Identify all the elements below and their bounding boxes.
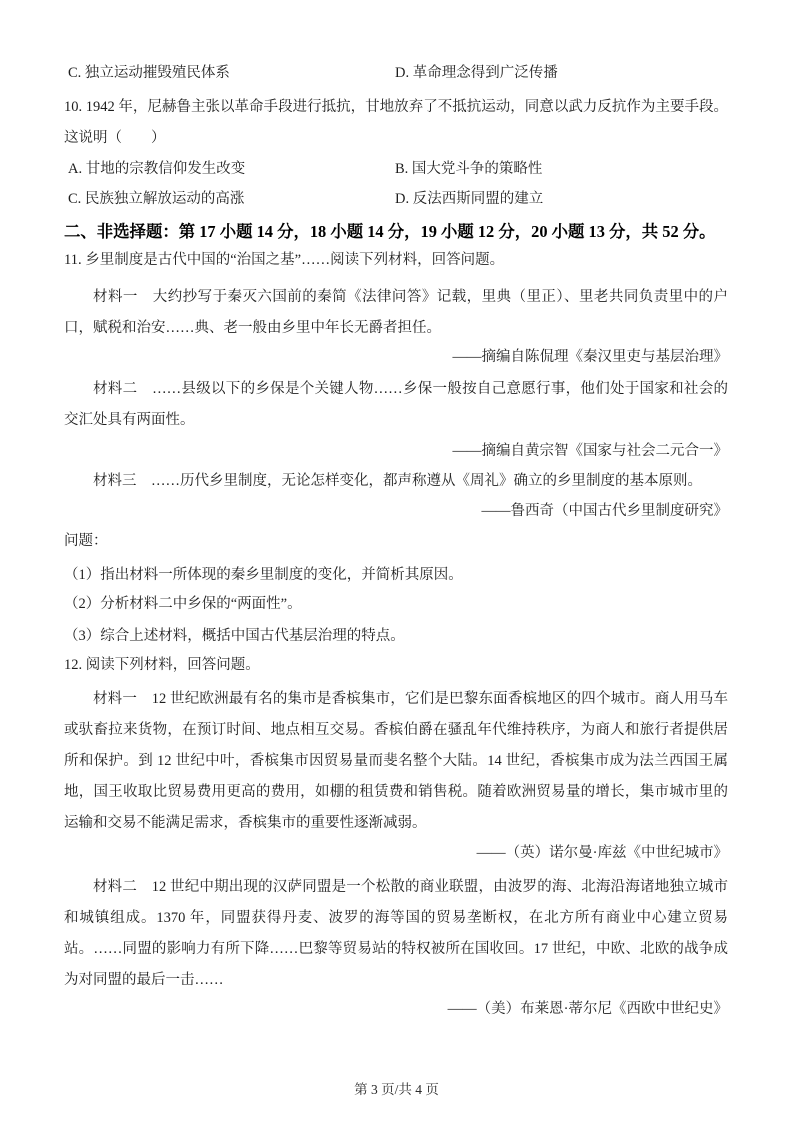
question-12-intro: 12. 阅读下列材料，回答问题。: [64, 650, 728, 681]
question-10-options-cd: C. 民族独立解放运动的高涨 D. 反法西斯同盟的建立: [64, 184, 728, 215]
question-10-option-b: B. 国大党斗争的策略性: [395, 154, 728, 185]
question-11-material-2-text: 材料二 ……县级以下的乡保是个关键人物……乡保一般按自己意愿行事，他们处于国家和…: [64, 374, 728, 436]
question-11-sub-question-1: （1）指出材料一所体现的秦乡里制度的变化，并简析其原因。: [64, 560, 728, 591]
question-11-intro: 11. 乡里制度是古代中国的“治国之基”……阅读下列材料，回答问题。: [64, 245, 728, 276]
question-11-sub-question-3: （3）综合上述材料，概括中国古代基层治理的特点。: [64, 621, 728, 652]
carryover-options-row: C. 独立运动摧毁殖民体系 D. 革命理念得到广泛传播: [64, 58, 728, 89]
carryover-option-d: D. 革命理念得到广泛传播: [395, 58, 728, 89]
carryover-option-c: C. 独立运动摧毁殖民体系: [64, 58, 395, 89]
question-11-material-2-source: ——摘编自黄宗智《国家与社会二元合一》: [64, 436, 728, 467]
question-12-material-1-text: 材料一 12 世纪欧洲最有名的集市是香槟集市，它们是巴黎东面香槟地区的四个城市。…: [64, 684, 728, 839]
exam-paper-page: C. 独立运动摧毁殖民体系 D. 革命理念得到广泛传播 10. 1942 年，尼…: [0, 0, 793, 1122]
question-10-stem: 10. 1942 年，尼赫鲁主张以革命手段进行抵抗，甘地放弃了不抵抗运动，同意以…: [64, 92, 728, 154]
question-11-material-1-source: ——摘编自陈侃理《秦汉里吏与基层治理》: [64, 342, 728, 373]
question-12-material-2-source: ——（美）布莱恩·蒂尔尼《西欧中世纪史》: [64, 994, 728, 1025]
question-10-option-c: C. 民族独立解放运动的高涨: [64, 184, 395, 215]
question-11-questions-label: 问题：: [64, 526, 728, 557]
question-12-material-1-source: ——（英）诺尔曼·库兹《中世纪城市》: [64, 838, 728, 869]
question-11-material-1-text: 材料一 大约抄写于秦灭六国前的秦简《法律问答》记载，里典（里正）、里老共同负责里…: [64, 282, 728, 344]
section-2-heading: 二、非选择题：第 17 小题 14 分，18 小题 14 分，19 小题 12 …: [64, 216, 728, 247]
question-10-option-d: D. 反法西斯同盟的建立: [395, 184, 728, 215]
page-number-footer: 第 3 页/共 4 页: [0, 1080, 793, 1100]
question-10-option-a: A. 甘地的宗教信仰发生改变: [64, 154, 395, 185]
question-10-options-ab: A. 甘地的宗教信仰发生改变 B. 国大党斗争的策略性: [64, 154, 728, 185]
question-11-material-3-source: ——鲁西奇（中国古代乡里制度研究》: [64, 496, 728, 527]
question-12-material-2-text: 材料二 12 世纪中期出现的汉萨同盟是一个松散的商业联盟，由波罗的海、北海沿海诸…: [64, 872, 728, 996]
question-11-material-3-text: 材料三 ……历代乡里制度，无论怎样变化，都声称遵从《周礼》确立的乡里制度的基本原…: [64, 466, 728, 497]
question-11-sub-question-2: （2）分析材料二中乡保的“两面性”。: [64, 589, 728, 620]
